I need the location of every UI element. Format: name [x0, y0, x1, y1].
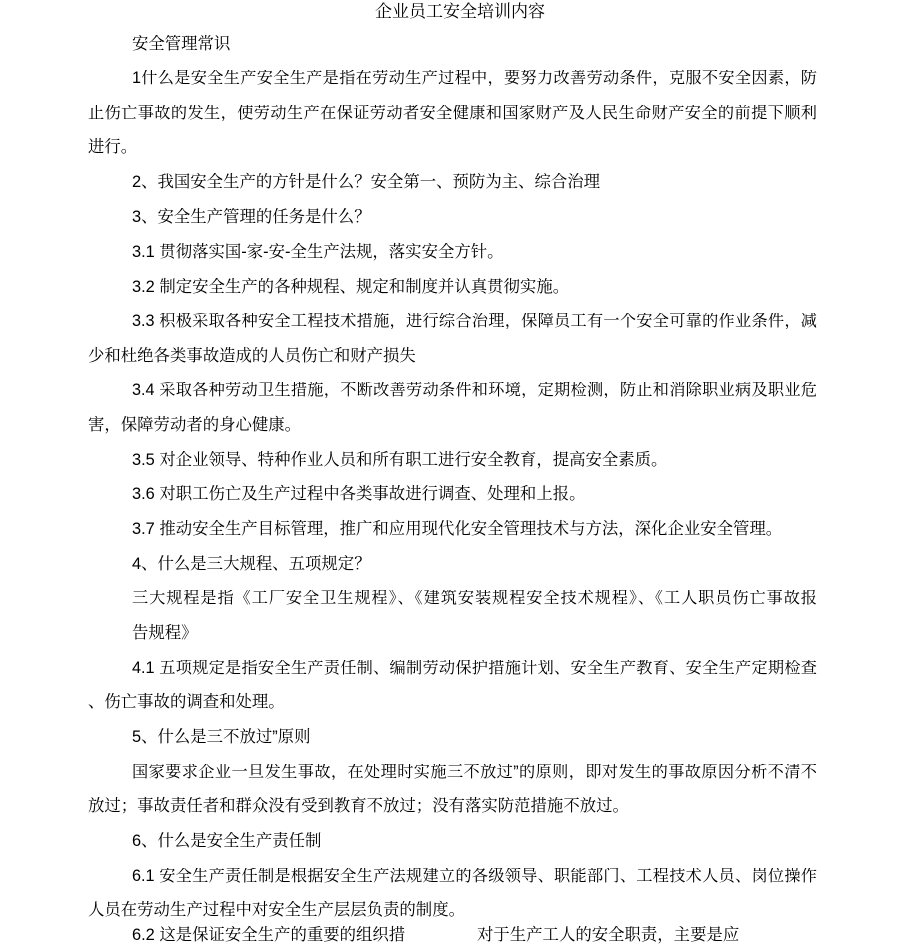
- body-line: 少和杜绝各类事故造成的人员伤亡和财产损失: [88, 348, 416, 364]
- body-line: 害，保障劳动者的身心健康。: [88, 417, 301, 433]
- section-heading: 安全管理常识: [132, 36, 230, 52]
- body-line: 止伤亡事故的发生，使劳动生产在保证劳动者安全健康和国家财产及人民生命财产安全的前…: [88, 105, 817, 121]
- body-line: 人员在劳动生产过程中对安全生产层层负责的制度。: [88, 902, 465, 918]
- body-line: 4.1 五项规定是指安全生产责任制、编制劳动保护措施计划、安全生产教育、安全生产…: [132, 660, 817, 676]
- body-line: 3.6 对职工伤亡及生产过程中各类事故进行调查、处理和上报。: [132, 486, 586, 502]
- body-line: 三大规程是指《工厂安全卫生规程》、《建筑安装规程安全技术规程》、《工人职员伤亡事…: [132, 590, 817, 606]
- body-line: 5、什么是三不放过”原则: [132, 729, 310, 745]
- body-line: 3.5 对企业领导、特种作业人员和所有职工进行安全教育，提高安全素质。: [132, 452, 667, 468]
- body-line: 2、我国安全生产的方针是什么？安全第一、预防为主、综合治理: [132, 174, 600, 190]
- body-line: 6.1 安全生产责任制是根据安全生产法规建立的各级领导、职能部门、工程技术人员、…: [132, 868, 817, 884]
- body-line: 、伤亡事故的调查和处理。: [88, 694, 285, 710]
- line-segment: 对于生产工人的安全职责，主要是应: [477, 927, 739, 943]
- body-line: 进行。: [88, 139, 137, 155]
- body-line: 放过；事故责任者和群众没有受到教育不放过；没有落实防范措施不放过。: [88, 798, 629, 814]
- document-page: 企业员工安全培训内容 安全管理常识 1什么是安全生产安全生产是指在劳动生产过程中…: [0, 0, 920, 949]
- body-line: 3.1 贯彻落实国-家-安-全生产法规，落实安全方针。: [132, 244, 504, 260]
- body-line: 6、什么是安全生产责任制: [132, 833, 321, 849]
- body-line: 3.2 制定安全生产的各种规程、规定和制度并认真贯彻实施。: [132, 279, 569, 295]
- body-line: 3.7 推动安全生产目标管理，推广和应用现代化安全管理技术与方法，深化企业安全管…: [132, 521, 782, 537]
- line-segment: 6.2 这是保证安全生产的重要的组织措: [132, 927, 405, 943]
- body-line: 1什么是安全生产安全生产是指在劳动生产过程中，要努力改善劳动条件，克服不安全因素…: [132, 70, 817, 86]
- body-line: 3.4 采取各种劳动卫生措施，不断改善劳动条件和环境，定期检测，防止和消除职业病…: [132, 382, 817, 398]
- body-line: 3.3 积极采取各种安全工程技术措施，进行综合治理，保障员工有一个安全可靠的作业…: [132, 313, 817, 329]
- body-line: 3、安全生产管理的任务是什么？: [132, 209, 371, 225]
- body-line: 国家要求企业一旦发生事故，在处理时实施三不放过”的原则，即对发生的事故原因分析不…: [132, 764, 817, 780]
- document-title: 企业员工安全培训内容: [0, 3, 920, 20]
- body-line: 4、什么是三大规程、五项规定？: [132, 556, 371, 572]
- body-line: 告规程》: [132, 625, 198, 641]
